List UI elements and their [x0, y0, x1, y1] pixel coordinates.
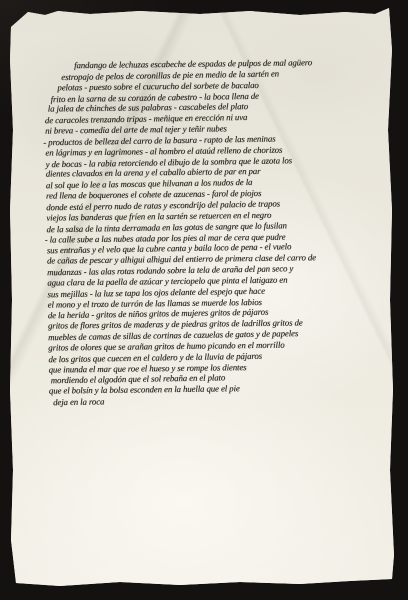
photo-frame: fandango de lechuzas escabeche de espada… [0, 0, 408, 600]
manuscript-text: fandango de lechuzas escabeche de espada… [44, 56, 389, 408]
manuscript-page: fandango de lechuzas escabeche de espada… [0, 0, 408, 600]
